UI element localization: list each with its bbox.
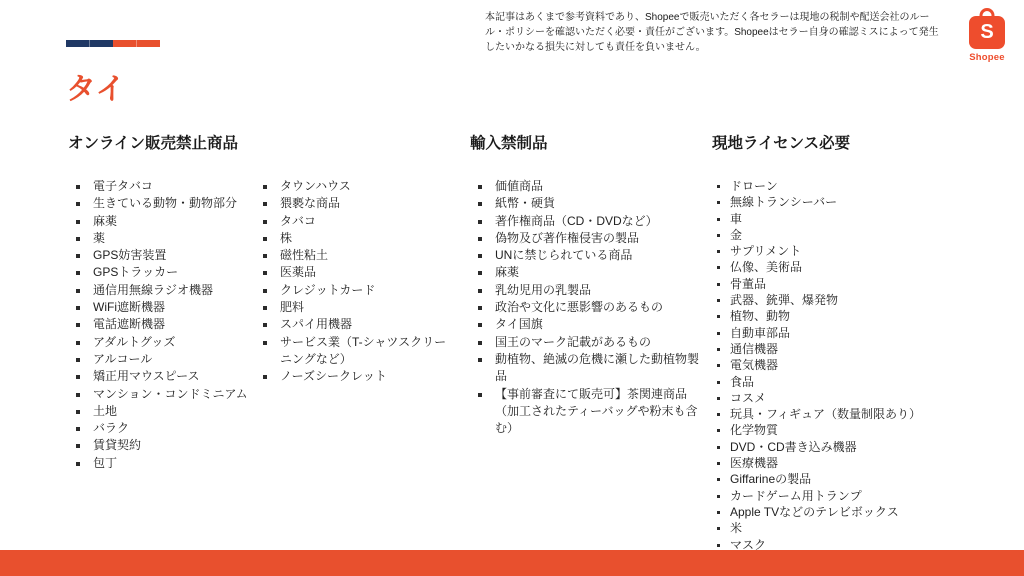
list-item: 動植物、絶滅の危機に瀬した動植物製品 bbox=[470, 351, 707, 386]
list-item: 国王のマーク記載があるもの bbox=[470, 334, 707, 351]
list-item: 生きている動物・動物部分 bbox=[68, 195, 255, 212]
section-heading-license-required: 現地ライセンス必要 bbox=[712, 131, 1014, 153]
list-item: 包丁 bbox=[68, 455, 255, 472]
list-item: カードゲーム用トランプ bbox=[712, 488, 1014, 504]
list-item: アダルトグッズ bbox=[68, 334, 255, 351]
list-item: 金 bbox=[712, 227, 1014, 243]
list-item: 食品 bbox=[712, 374, 1014, 390]
list-item: 肥料 bbox=[255, 299, 455, 316]
list-item: ノーズシークレット bbox=[255, 368, 455, 385]
list-item: WiFi遮断機器 bbox=[68, 299, 255, 316]
bar-segment bbox=[66, 40, 90, 47]
list-item: 玩具・フィギュア（数量制限あり） bbox=[712, 406, 1014, 422]
list-item: 自動車部品 bbox=[712, 325, 1014, 341]
list-item: 化学物質 bbox=[712, 422, 1014, 438]
section-online-ban: オンライン販売禁止商品 電子タバコ生きている動物・動物部分麻薬薬GPS妨害装置G… bbox=[68, 131, 460, 472]
list-item: タウンハウス bbox=[255, 178, 455, 195]
list-item: 価値商品 bbox=[470, 178, 707, 195]
list-item: 米 bbox=[712, 520, 1014, 536]
list-item: 矯正用マウスピース bbox=[68, 368, 255, 385]
list-item: マンション・コンドミニアム bbox=[68, 386, 255, 403]
bar-segment bbox=[137, 40, 160, 47]
list-item: クレジットカード bbox=[255, 282, 455, 299]
list-item: DVD・CD書き込み機器 bbox=[712, 439, 1014, 455]
list-item: 骨董品 bbox=[712, 276, 1014, 292]
logo-letter: S bbox=[969, 16, 1005, 49]
list-item: 無線トランシーバー bbox=[712, 194, 1014, 210]
bag-handle-icon bbox=[980, 8, 995, 20]
list-item: 通信用無線ラジオ機器 bbox=[68, 282, 255, 299]
list-item: サプリメント bbox=[712, 243, 1014, 259]
footer-bar bbox=[0, 550, 1024, 576]
list-item: 医療機器 bbox=[712, 455, 1014, 471]
bar-segment bbox=[90, 40, 113, 47]
list-item: UNに禁じられている商品 bbox=[470, 247, 707, 264]
list-item: 紙幣・硬貨 bbox=[470, 195, 707, 212]
section-import-ban: 輸入禁制品 価値商品紙幣・硬貨著作権商品（CD・DVDなど）偽物及び著作権侵害の… bbox=[470, 131, 710, 437]
list-item: 政治や文化に悪影響のあるもの bbox=[470, 299, 707, 316]
list-item: 医薬品 bbox=[255, 264, 455, 281]
shopee-bag-icon: S bbox=[969, 16, 1005, 49]
list-item: タイ国旗 bbox=[470, 316, 707, 333]
list-item: 土地 bbox=[68, 403, 255, 420]
section-license-required: 現地ライセンス必要 ドローン無線トランシーバー車金サプリメント仏像、美術品骨董品… bbox=[712, 131, 1014, 553]
list-item: 車 bbox=[712, 211, 1014, 227]
list-item: 磁性粘土 bbox=[255, 247, 455, 264]
online-ban-list-right: タウンハウス猥褻な商品タバコ株磁性粘土医薬品クレジットカード肥料スパイ用機器サー… bbox=[255, 178, 455, 472]
decorative-bar bbox=[66, 40, 160, 47]
list-item: 麻薬 bbox=[470, 264, 707, 281]
disclaimer-text: 本記事はあくまで参考資料であり、Shopeeで販売いただく各セラーは現地の税制や… bbox=[485, 10, 945, 55]
logo-wordmark: Shopee bbox=[960, 52, 1014, 63]
list-item: GPSトラッカー bbox=[68, 264, 255, 281]
list-item: GPS妨害装置 bbox=[68, 247, 255, 264]
list-item: 乳幼児用の乳製品 bbox=[470, 282, 707, 299]
list-item: 麻薬 bbox=[68, 213, 255, 230]
list-item: 猥褻な商品 bbox=[255, 195, 455, 212]
list-item: 薬 bbox=[68, 230, 255, 247]
list-item: 著作権商品（CD・DVDなど） bbox=[470, 213, 707, 230]
section-heading-import-ban: 輸入禁制品 bbox=[470, 131, 710, 153]
list-item: スパイ用機器 bbox=[255, 316, 455, 333]
list-item: 賃貸契約 bbox=[68, 437, 255, 454]
list-item: 株 bbox=[255, 230, 455, 247]
list-item: 通信機器 bbox=[712, 341, 1014, 357]
license-required-list: ドローン無線トランシーバー車金サプリメント仏像、美術品骨董品武器、銃弾、爆発物植… bbox=[712, 178, 1014, 553]
bar-segment bbox=[113, 40, 137, 47]
list-item: 植物、動物 bbox=[712, 308, 1014, 324]
list-item: 電話遮断機器 bbox=[68, 316, 255, 333]
shopee-logo: S Shopee bbox=[960, 6, 1014, 63]
list-item: 電気機器 bbox=[712, 357, 1014, 373]
list-item: 電子タバコ bbox=[68, 178, 255, 195]
import-ban-list: 価値商品紙幣・硬貨著作権商品（CD・DVDなど）偽物及び著作権侵害の製品UNに禁… bbox=[470, 178, 707, 437]
list-item: 仏像、美術品 bbox=[712, 259, 1014, 275]
list-item: 偽物及び著作権侵害の製品 bbox=[470, 230, 707, 247]
list-item: サービス業（T-シャツスクリーニングなど） bbox=[255, 334, 455, 369]
list-item: 武器、銃弾、爆発物 bbox=[712, 292, 1014, 308]
list-item: 【事前審査にて販売可】茶関連商品（加工されたティーバッグや粉末も含む） bbox=[470, 386, 707, 438]
list-item: バラク bbox=[68, 420, 255, 437]
page-title: タイ bbox=[66, 64, 125, 108]
slide: 本記事はあくまで参考資料であり、Shopeeで販売いただく各セラーは現地の税制や… bbox=[0, 0, 1024, 576]
list-item: タバコ bbox=[255, 213, 455, 230]
section-heading-online-ban: オンライン販売禁止商品 bbox=[68, 131, 460, 153]
list-item: Giffarineの製品 bbox=[712, 471, 1014, 487]
list-item: コスメ bbox=[712, 390, 1014, 406]
list-item: アルコール bbox=[68, 351, 255, 368]
online-ban-lists: 電子タバコ生きている動物・動物部分麻薬薬GPS妨害装置GPSトラッカー通信用無線… bbox=[68, 178, 460, 472]
online-ban-list-left: 電子タバコ生きている動物・動物部分麻薬薬GPS妨害装置GPSトラッカー通信用無線… bbox=[68, 178, 255, 472]
list-item: Apple TVなどのテレビボックス bbox=[712, 504, 1014, 520]
list-item: ドローン bbox=[712, 178, 1014, 194]
